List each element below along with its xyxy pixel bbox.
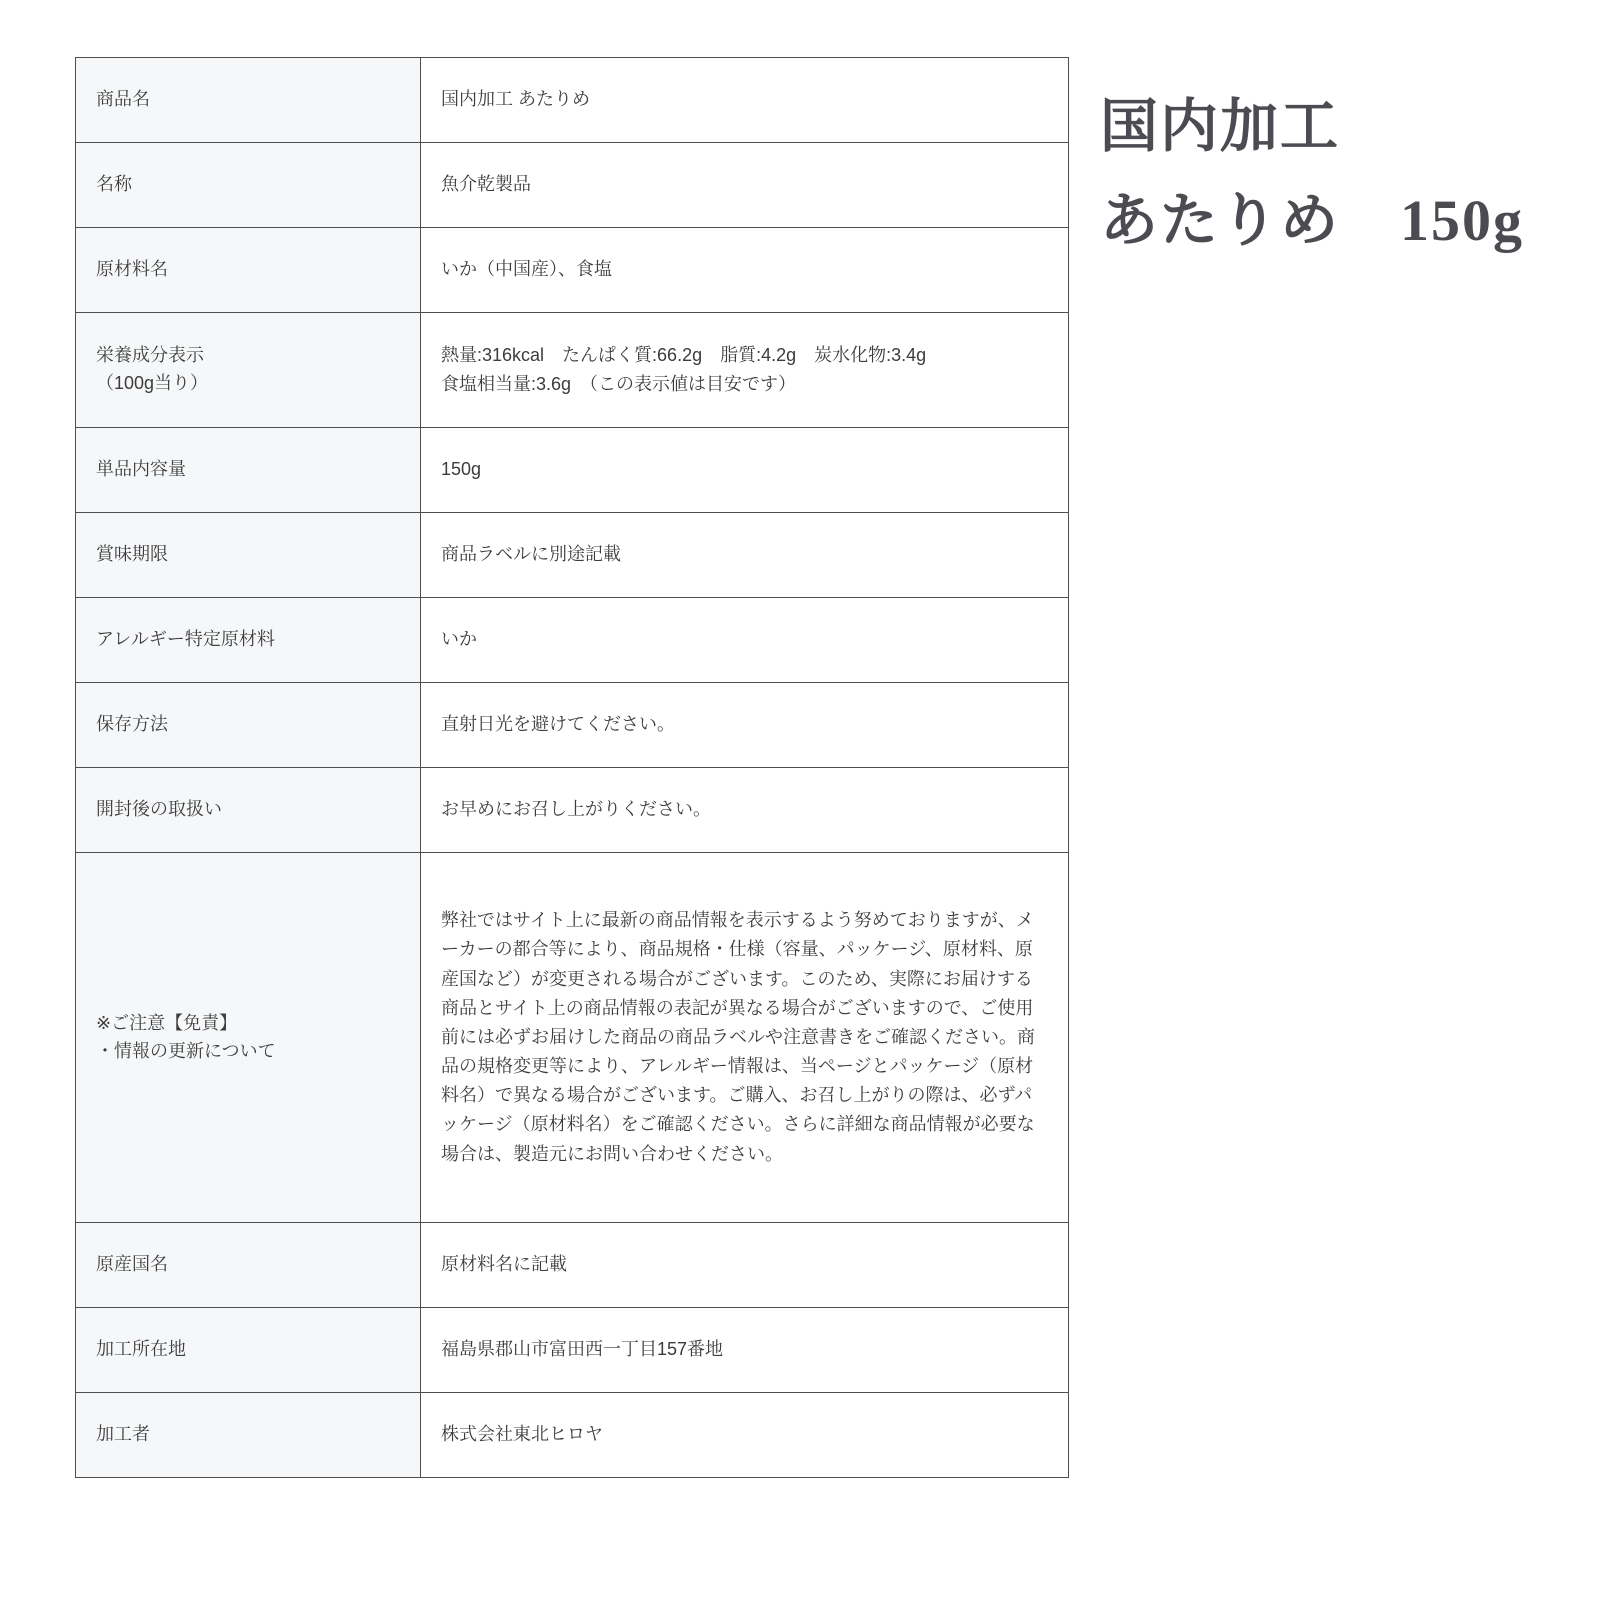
row-label: 名称 [76, 143, 421, 228]
row-value: いか [421, 598, 1069, 683]
row-value: 直射日光を避けてください。 [421, 683, 1069, 768]
row-value: 原材料名に記載 [421, 1223, 1069, 1308]
table-row: 加工所在地 福島県郡山市富田西一丁目157番地 [76, 1308, 1069, 1393]
row-value: 国内加工 あたりめ [421, 58, 1069, 143]
row-label: 賞味期限 [76, 513, 421, 598]
table-row: アレルギー特定原材料 いか [76, 598, 1069, 683]
row-value: 弊社ではサイト上に最新の商品情報を表示するよう努めておりますが、メーカーの都合等… [421, 853, 1069, 1223]
row-label: 原材料名 [76, 228, 421, 313]
table-row: 保存方法 直射日光を避けてください。 [76, 683, 1069, 768]
row-value: いか（中国産）、食塩 [421, 228, 1069, 313]
table-row: 原材料名 いか（中国産）、食塩 [76, 228, 1069, 313]
row-label: 原産国名 [76, 1223, 421, 1308]
table-row: 単品内容量 150g [76, 428, 1069, 513]
product-info-table: 商品名 国内加工 あたりめ 名称 魚介乾製品 原材料名 いか（中国産）、食塩 栄… [75, 57, 1069, 1478]
row-value: 熱量:316kcal たんぱく質:66.2g 脂質:4.2g 炭水化物:3.4g… [421, 313, 1069, 428]
table-row-disclaimer: ※ご注意【免責】 ・情報の更新について 弊社ではサイト上に最新の商品情報を表示す… [76, 853, 1069, 1223]
table-row: 加工者 株式会社東北ヒロヤ [76, 1393, 1069, 1478]
table-row: 商品名 国内加工 あたりめ [76, 58, 1069, 143]
row-value: お早めにお召し上がりください。 [421, 768, 1069, 853]
product-headline: 国内加工 あたりめ 150g [1100, 80, 1524, 268]
row-value: 福島県郡山市富田西一丁目157番地 [421, 1308, 1069, 1393]
row-label: 開封後の取扱い [76, 768, 421, 853]
table-row: 賞味期限 商品ラベルに別途記載 [76, 513, 1069, 598]
row-value: 魚介乾製品 [421, 143, 1069, 228]
row-label: 保存方法 [76, 683, 421, 768]
row-label: 加工者 [76, 1393, 421, 1478]
table-row: 栄養成分表示 （100g当り） 熱量:316kcal たんぱく質:66.2g 脂… [76, 313, 1069, 428]
table-row: 開封後の取扱い お早めにお召し上がりください。 [76, 768, 1069, 853]
row-label: 加工所在地 [76, 1308, 421, 1393]
headline-line-2: あたりめ 150g [1100, 174, 1524, 268]
table-row: 原産国名 原材料名に記載 [76, 1223, 1069, 1308]
table-row: 名称 魚介乾製品 [76, 143, 1069, 228]
row-value: 商品ラベルに別途記載 [421, 513, 1069, 598]
row-label: アレルギー特定原材料 [76, 598, 421, 683]
row-label: 単品内容量 [76, 428, 421, 513]
headline-line-1: 国内加工 [1100, 80, 1524, 174]
row-label: 栄養成分表示 （100g当り） [76, 313, 421, 428]
row-value: 150g [421, 428, 1069, 513]
row-label: ※ご注意【免責】 ・情報の更新について [76, 853, 421, 1223]
row-value: 株式会社東北ヒロヤ [421, 1393, 1069, 1478]
row-label: 商品名 [76, 58, 421, 143]
